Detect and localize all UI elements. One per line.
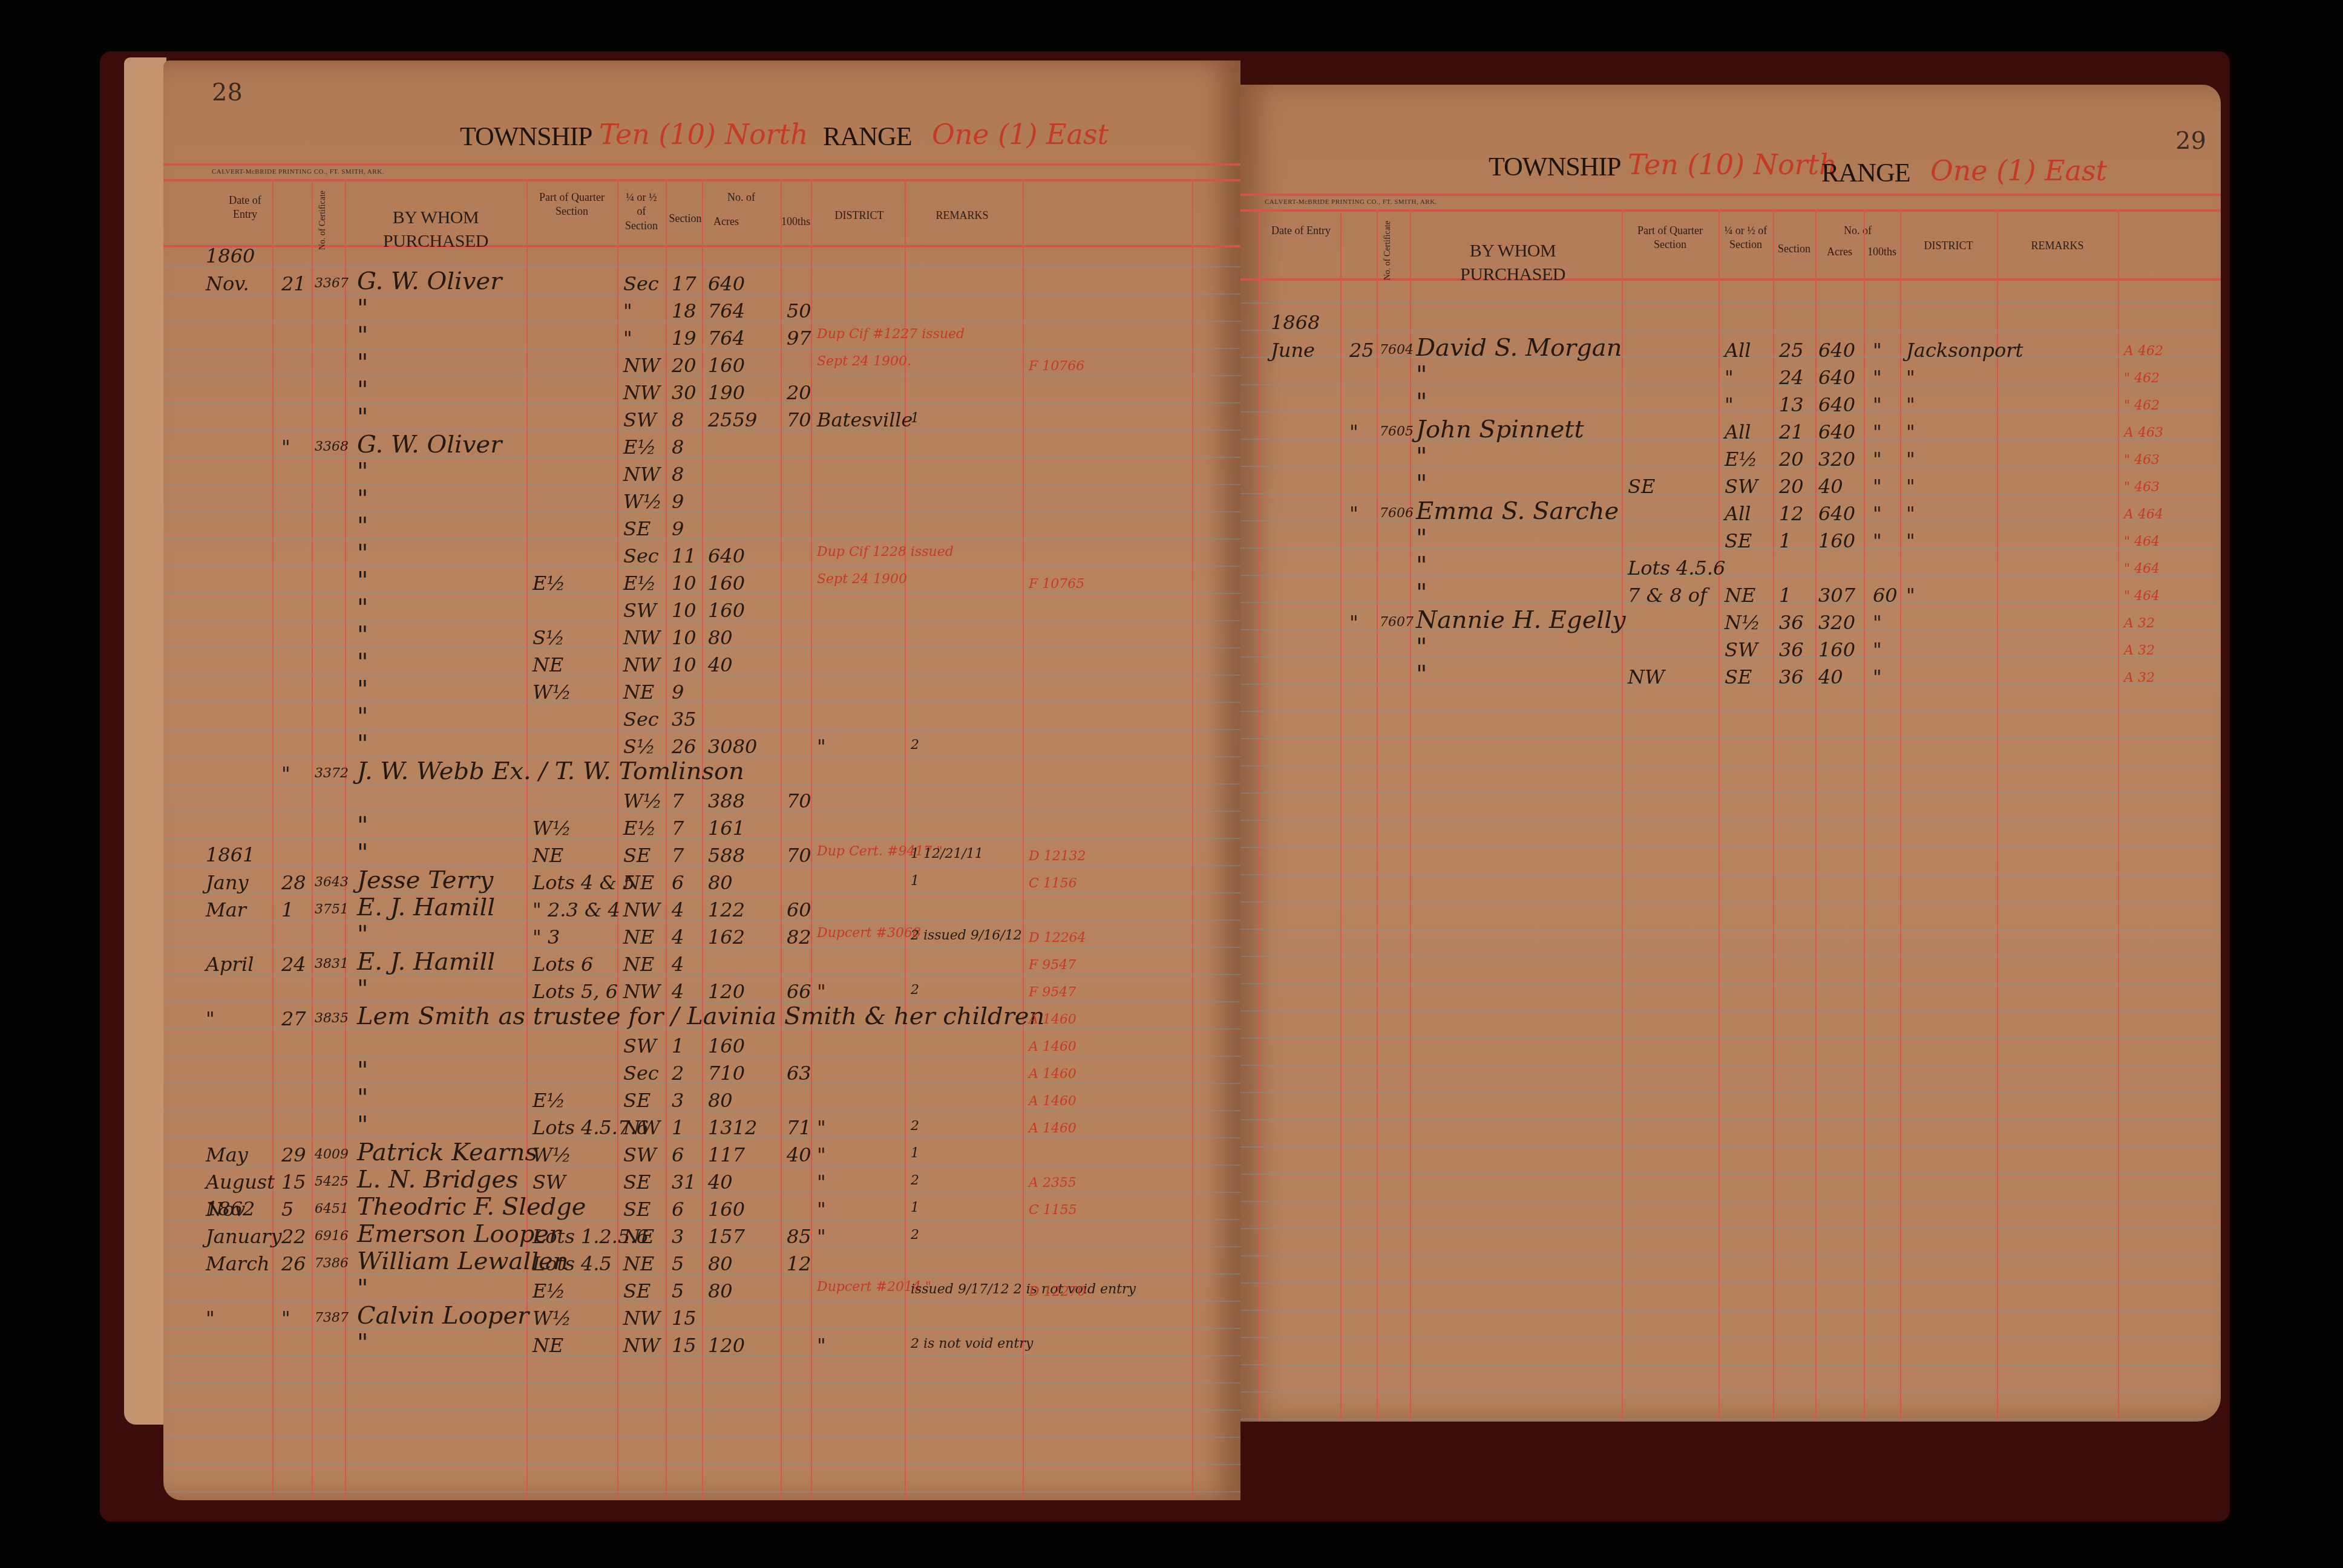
row-line (1240, 1092, 2221, 1093)
cell-qs: E½ (1725, 448, 1757, 471)
cell-hund: " (1873, 448, 1882, 471)
cell-acres: 160 (708, 599, 745, 622)
cell-qs: NW (623, 898, 660, 921)
cell-sec: 36 (1779, 665, 1804, 688)
cell-qs: SW (1725, 475, 1758, 498)
column-header-section: Section (669, 212, 702, 226)
cell-sec: 25 (1779, 339, 1804, 362)
cell-district: Batesville (817, 408, 913, 431)
column-header-no-of: No. of (708, 191, 775, 204)
cell-day: " (1349, 611, 1358, 634)
cell-qs: NE (623, 871, 654, 894)
cell-acres: 40 (1818, 475, 1843, 498)
row-line (1240, 792, 2221, 794)
cell-col10: 1 12/21/11 (911, 846, 983, 861)
cell-sec: 19 (672, 327, 696, 350)
cell-hund: " (1873, 502, 1882, 525)
cell-month: June (1271, 339, 1315, 362)
row-line (1240, 738, 2221, 739)
cell-day: 26 (281, 1252, 306, 1275)
cell-sec: 1 (672, 1116, 684, 1139)
cell-day: 5 (281, 1198, 293, 1221)
cell-part: " 2.3 & 4 (532, 898, 620, 921)
cell-remarks: A 32 (2124, 643, 2155, 658)
cell-name: E. J. Hamill (357, 948, 495, 976)
column-header-hundredths: 100ths (781, 215, 811, 229)
cell-hund: " (1873, 393, 1882, 416)
cell-col10: 2 issued 9/16/12 (911, 928, 1022, 943)
row-line (1240, 983, 2221, 984)
cell-col10: 2 (911, 1173, 919, 1188)
cell-qs: NW (623, 626, 660, 649)
cell-hund: 60 (787, 898, 811, 921)
page-number: 28 (212, 79, 243, 106)
cell-remarks: F 10765 (1029, 577, 1084, 592)
cell-name: " (1416, 443, 1427, 471)
row-line (1240, 1255, 2221, 1256)
cell-name: " (357, 648, 368, 676)
cell-part: Lots 6 (532, 953, 593, 976)
cell-sec: 13 (1779, 393, 1804, 416)
cell-day: " (281, 436, 290, 459)
row-line (163, 1464, 1240, 1465)
cell-qs: SE (623, 1171, 650, 1194)
cell-hund: " (1873, 420, 1882, 443)
cell-name: " (357, 1084, 368, 1112)
cell-part: " 3 (532, 926, 560, 949)
row-line (1240, 1037, 2221, 1039)
cell-district: " (1906, 366, 1915, 389)
cell-acres: 40 (708, 1171, 733, 1194)
cell-col10: 2 (911, 982, 919, 998)
cell-hund: 71 (787, 1116, 811, 1139)
row-line (1240, 1419, 2221, 1420)
table-row: August155425L. N. BridgesSWSE3140"2A 235… (163, 1171, 1240, 1198)
table-row: "7 & 8 ofNE130760"" 464 (1240, 584, 2221, 611)
cell-sec: 4 (672, 980, 684, 1003)
cell-acres: 2559 (708, 408, 757, 431)
table-row: "3372J. W. Webb Ex. / T. W. Tomlinson (163, 762, 1240, 789)
cell-district: Dup Cif #1227 issued (817, 327, 965, 342)
cell-sec: 10 (672, 599, 696, 622)
cell-district: " (817, 1334, 826, 1357)
cell-sec: 5 (672, 1252, 684, 1275)
cell-name: Nannie H. Egelly (1416, 606, 1626, 634)
row-line (1240, 1174, 2221, 1175)
cell-sec: 4 (672, 926, 684, 949)
cell-sec: 9 (672, 681, 684, 704)
cell-sec: 15 (672, 1307, 696, 1330)
cell-sec: 3 (672, 1225, 684, 1248)
cell-cert: 3643 (315, 875, 349, 890)
cell-acres: 640 (1818, 339, 1855, 362)
cell-part: 7 & 8 of (1628, 584, 1707, 607)
cell-col10: 1 (911, 1200, 919, 1215)
cell-remarks: A 1460 (1029, 1067, 1076, 1082)
cell-qs: NE (623, 1225, 654, 1248)
cell-cert: 5425 (315, 1174, 349, 1189)
cell-day: 15 (281, 1171, 306, 1194)
cell-remarks: D 12132 (1029, 849, 1086, 864)
cell-hund: 70 (787, 408, 811, 431)
cell-sec: 1 (672, 1034, 684, 1057)
column-header-quarter-or-half-section: ¼ or ½ of Section (1722, 224, 1770, 252)
cell-cert: 3372 (315, 766, 349, 781)
cell-remarks: A 1460 (1029, 1012, 1076, 1027)
township-label: TOWNSHIP (460, 121, 592, 152)
cell-part: E½ (532, 572, 565, 595)
cell-sec: 10 (672, 626, 696, 649)
cell-sec: 7 (672, 844, 684, 867)
cell-hund: 97 (787, 327, 811, 350)
cell-hund: " (1873, 665, 1882, 688)
cell-acres: 80 (708, 1252, 733, 1275)
cell-day: " (1349, 420, 1358, 443)
row-line (163, 1382, 1240, 1383)
cell-sec: 4 (672, 898, 684, 921)
cell-cert: 7386 (315, 1256, 349, 1271)
cell-day: 22 (281, 1225, 306, 1248)
cell-qs: SW (623, 1143, 657, 1166)
cell-day: 24 (281, 953, 306, 976)
cell-day: " (281, 762, 290, 785)
cell-acres: 80 (708, 1089, 733, 1112)
cell-acres: 640 (1818, 502, 1855, 525)
cell-sec: 9 (672, 517, 684, 540)
cell-part: SW (532, 1171, 566, 1194)
cell-part: NE (532, 1334, 563, 1357)
cell-acres: 160 (1818, 638, 1855, 661)
cell-month: April (206, 953, 254, 976)
cell-remarks: " 464 (2124, 534, 2160, 549)
cell-sec: 7 (672, 817, 684, 840)
cell-district: " (1906, 393, 1915, 416)
cell-name: " (1416, 470, 1427, 498)
column-header-part-of-quarter-section: Part of Quarter Section (532, 191, 611, 219)
cell-month: Nov. (206, 272, 249, 295)
right-page: 29 TOWNSHIP Ten (10) North RANGE One (1)… (1240, 85, 2221, 1422)
township-label: TOWNSHIP (1489, 151, 1621, 182)
cell-district: Sept 24 1900 (817, 572, 907, 587)
cell-acres: 40 (1818, 665, 1843, 688)
cell-name: " (357, 975, 368, 1003)
row-line (1240, 847, 2221, 848)
cell-name: Lem Smith as trustee for / Lavinia Smith… (357, 1002, 1044, 1030)
cell-name: G. W. Oliver (357, 267, 502, 295)
cell-acres: 120 (708, 980, 745, 1003)
cell-sec: 3 (672, 1089, 684, 1112)
column-header-quarter-or-half-section: ¼ or ½ of Section (620, 191, 663, 233)
cell-sec: 15 (672, 1334, 696, 1357)
cell-name: " (357, 676, 368, 704)
table-row: "NW3019020 (163, 381, 1240, 408)
row-line (1240, 1228, 2221, 1229)
cell-qs: " (1725, 366, 1734, 389)
cell-name: E. J. Hamill (357, 893, 495, 921)
cell-qs: SE (623, 517, 650, 540)
row-line (163, 1491, 1240, 1492)
cell-hund: " (1873, 475, 1882, 498)
cell-qs: SE (1725, 665, 1752, 688)
table-row: 1861Jany283643Jesse TerryLots 4 & 5NE680… (163, 871, 1240, 898)
cell-sec: 36 (1779, 611, 1804, 634)
cell-year: 1862 (206, 1197, 255, 1220)
cell-remarks: " 463 (2124, 480, 2160, 495)
cell-acres: 160 (1818, 529, 1855, 552)
table-row: "NWSE3640"A 32 (1240, 665, 2221, 693)
cell-hund: 20 (787, 381, 811, 404)
cell-name: " (357, 921, 368, 949)
cell-cert: 7387 (315, 1310, 349, 1325)
cell-remarks: A 462 (2124, 344, 2163, 359)
cell-sec: 10 (672, 653, 696, 676)
table-row: "7605John SpinnettAll21640""A 463 (1240, 420, 2221, 448)
cell-year: 1861 (206, 843, 255, 866)
table-row: "NENW1040 (163, 653, 1240, 681)
table-row: "Sec271063A 1460 (163, 1062, 1240, 1089)
cell-name: " (357, 703, 368, 731)
row-line (1240, 1010, 2221, 1011)
cell-sec: 6 (672, 1143, 684, 1166)
cell-col10: 1 (911, 1146, 919, 1161)
table-row: Mar13751E. J. Hamill" 2.3 & 4NW412260 (163, 898, 1240, 926)
row-line (1240, 1337, 2221, 1338)
cell-district: Dupcert #3068 (817, 926, 921, 941)
cell-part: Lots 4.5 (532, 1252, 612, 1275)
table-row: "3368G. W. OliverE½8 (163, 436, 1240, 463)
cell-district: " (1906, 448, 1915, 471)
cell-qs: S½ (623, 735, 655, 758)
table-row: "E½E½10160Sept 24 1900F 10765 (163, 572, 1240, 599)
cell-district: " (817, 735, 826, 758)
cell-qs: " (623, 299, 632, 322)
cell-hund: " (1873, 339, 1882, 362)
cell-qs: NE (623, 926, 654, 949)
table-row: SW1160A 1460 (163, 1034, 1240, 1062)
cell-qs: SE (623, 1198, 650, 1221)
cell-name: " (357, 730, 368, 758)
table-row: "SW36160"A 32 (1240, 638, 2221, 665)
cell-qs: SW (1725, 638, 1758, 661)
table-row: "E½SE380A 1460 (163, 1089, 1240, 1116)
column-header-no-of-certificate: No. of Certificate (318, 191, 336, 250)
cell-remarks: " 464 (2124, 561, 2160, 577)
cell-name: Theodric F. Sledge (357, 1193, 586, 1221)
cell-part: Lots 4.5.6 (1628, 557, 1725, 580)
column-header-section: Section (1773, 242, 1815, 256)
row-line (1240, 874, 2221, 875)
cell-qs: E½ (623, 436, 656, 459)
cell-acres: 388 (708, 789, 745, 812)
cell-acres: 80 (708, 871, 733, 894)
cell-qs: " (623, 327, 632, 350)
cell-sec: 11 (672, 544, 696, 567)
cell-sec: 6 (672, 1198, 684, 1221)
cell-acres: 764 (708, 327, 745, 350)
column-header-hundredths: 100ths (1864, 245, 1900, 259)
cell-qs: All (1725, 339, 1751, 362)
cell-cert: 3367 (315, 276, 349, 291)
cell-hund: 70 (787, 789, 811, 812)
cell-day: " (1349, 502, 1358, 525)
cell-name: John Spinnett (1416, 416, 1584, 443)
cell-part: SE (1628, 475, 1655, 498)
row-line (1240, 1201, 2221, 1202)
table-row: "W½E½7161 (163, 817, 1240, 844)
cell-name: " (357, 1275, 368, 1302)
cell-name: " (357, 376, 368, 404)
column-header-date-of-entry: Date of Entry (218, 194, 272, 222)
cell-cert: 6916 (315, 1229, 349, 1244)
row-line (1240, 901, 2221, 903)
cell-acres: 588 (708, 844, 745, 867)
cell-qs: N½ (1725, 611, 1760, 634)
table-row: 1868June257604David S. MorganAll25640"Ja… (1240, 339, 2221, 366)
column-header-acres: Acres (1815, 245, 1864, 259)
cell-acres: 160 (708, 354, 745, 377)
row-line (1240, 711, 2221, 712)
table-row: "SESW2040""" 463 (1240, 475, 2221, 502)
cell-qs: NE (623, 681, 654, 704)
cell-sec: 30 (672, 381, 696, 404)
cell-col10: 2 is not void entry (911, 1336, 1033, 1351)
cell-remarks: C 1155 (1029, 1203, 1077, 1218)
table-row: "Lots 4.5.6" 464 (1240, 557, 2221, 584)
cell-cert: 4009 (315, 1147, 349, 1162)
cell-sec: 31 (672, 1171, 696, 1194)
cell-sec: 21 (1779, 420, 1804, 443)
cell-acres: 320 (1818, 611, 1855, 634)
cell-month: January (206, 1225, 282, 1248)
cell-cert: 7607 (1380, 615, 1414, 630)
cell-qs: Sec (623, 708, 659, 731)
cell-hund: 82 (787, 926, 811, 949)
table-row: "SW10160 (163, 599, 1240, 626)
table-row: May294009Patrick KearnsW½SW611740"1 (163, 1143, 1240, 1171)
cell-qs: SE (1725, 529, 1752, 552)
cell-col10: 2 (911, 1119, 919, 1134)
cell-part: W½ (532, 681, 571, 704)
cell-remarks: A 2355 (1029, 1175, 1076, 1191)
cell-sec: 17 (672, 272, 696, 295)
cell-remarks: C 1156 (1029, 876, 1077, 891)
cell-acres: 160 (708, 1198, 745, 1221)
cell-cert: 6451 (315, 1201, 349, 1217)
cell-qs: W½ (623, 490, 662, 513)
cell-day: " (281, 1307, 290, 1330)
table-row: "S½NW1080 (163, 626, 1240, 653)
cell-district: Sept 24 1900. (817, 354, 911, 369)
cell-month: Jany (206, 871, 249, 894)
table-row: March267386William LewallenLots 4.5NE580… (163, 1252, 1240, 1279)
cell-sec: 9 (672, 490, 684, 513)
cell-name: G. W. Oliver (357, 431, 502, 459)
cell-hund: 66 (787, 980, 811, 1003)
cell-district: " (817, 1116, 826, 1139)
cell-acres: 117 (708, 1143, 745, 1166)
cell-part: Lots 5, 6 (532, 980, 618, 1003)
table-row: "" 3NE416282Dupcert #30682 issued 9/16/1… (163, 926, 1240, 953)
cell-col10: 1 (911, 874, 919, 889)
cell-month: May (206, 1143, 248, 1166)
range-value: One (1) East (932, 118, 1109, 151)
cell-name: " (357, 295, 368, 322)
row-line (1240, 1282, 2221, 1284)
cell-district: " (817, 1225, 826, 1248)
table-row: Nov56451Theodric F. SledgeSE6160"1C 1155 (163, 1198, 1240, 1225)
cell-hund: 40 (787, 1143, 811, 1166)
cell-name: " (357, 621, 368, 649)
cell-district: " (1906, 475, 1915, 498)
table-row: "W½9 (163, 490, 1240, 517)
table-row: "Sec11640Dup Cif 1228 issued (163, 544, 1240, 572)
cell-part: NE (532, 653, 563, 676)
cell-name: " (1416, 661, 1427, 688)
cell-part: W½ (532, 1143, 571, 1166)
cell-district: " (817, 980, 826, 1003)
column-header-by-whom-purchased: BY WHOM PURCHASED (357, 206, 514, 253)
column-header-part-of-quarter-section: Part of Quarter Section (1628, 224, 1712, 252)
header-rule-top (163, 163, 1240, 166)
cell-district: " (817, 1171, 826, 1194)
cell-remarks: F 10766 (1029, 359, 1084, 374)
cell-cert: 7604 (1380, 342, 1414, 358)
cell-cert: 7606 (1380, 506, 1414, 521)
table-row: 1862January226916Emerson LooperLots 1.2.… (163, 1225, 1240, 1252)
cell-cert: 7605 (1380, 424, 1414, 439)
range-label: RANGE (1821, 157, 1910, 188)
cell-qs: NW (623, 1307, 660, 1330)
table-row: "SE9 (163, 517, 1240, 544)
cell-qs: NW (623, 653, 660, 676)
cell-remarks: " 463 (2124, 452, 2160, 468)
cell-name: " (357, 594, 368, 622)
cell-qs: NW (623, 381, 660, 404)
table-row: ""13640""" 462 (1240, 393, 2221, 420)
cell-qs: NW (623, 1334, 660, 1357)
cell-acres: 640 (1818, 393, 1855, 416)
cell-sec: 6 (672, 871, 684, 894)
column-header-acres: Acres (705, 215, 747, 229)
cell-part: E½ (532, 1089, 565, 1112)
table-row: "E½20320""" 463 (1240, 448, 2221, 475)
cell-col10: 2 (911, 1227, 919, 1243)
cell-name: " (357, 458, 368, 486)
cell-part: Lots 4 & 5 (532, 871, 635, 894)
cell-hund: 63 (787, 1062, 811, 1085)
cell-sec: 26 (672, 735, 696, 758)
column-header-remarks: REMARKS (908, 209, 1017, 223)
cell-qs: NW (623, 980, 660, 1003)
cell-acres: 710 (708, 1062, 745, 1085)
cell-name: " (357, 567, 368, 595)
cell-part: E½ (532, 1279, 565, 1302)
cell-day: 29 (281, 1143, 306, 1166)
cell-sec: 35 (672, 708, 696, 731)
cell-name: " (357, 322, 368, 350)
cell-month: " (206, 1307, 215, 1330)
cell-month: March (206, 1252, 270, 1275)
cell-sec: 20 (672, 354, 696, 377)
cell-qs: E½ (623, 572, 656, 595)
page-number: 29 (2175, 127, 2206, 155)
cell-day: 1 (281, 898, 293, 921)
cell-district: " (1906, 529, 1915, 552)
cell-name: Calvin Looper (357, 1302, 529, 1330)
table-row: "SW8255970Batesville1 (163, 408, 1240, 436)
printer-imprint: CALVERT-McBRIDE PRINTING CO., FT. SMITH,… (212, 168, 384, 175)
cell-district: Dup Cif 1228 issued (817, 544, 954, 560)
